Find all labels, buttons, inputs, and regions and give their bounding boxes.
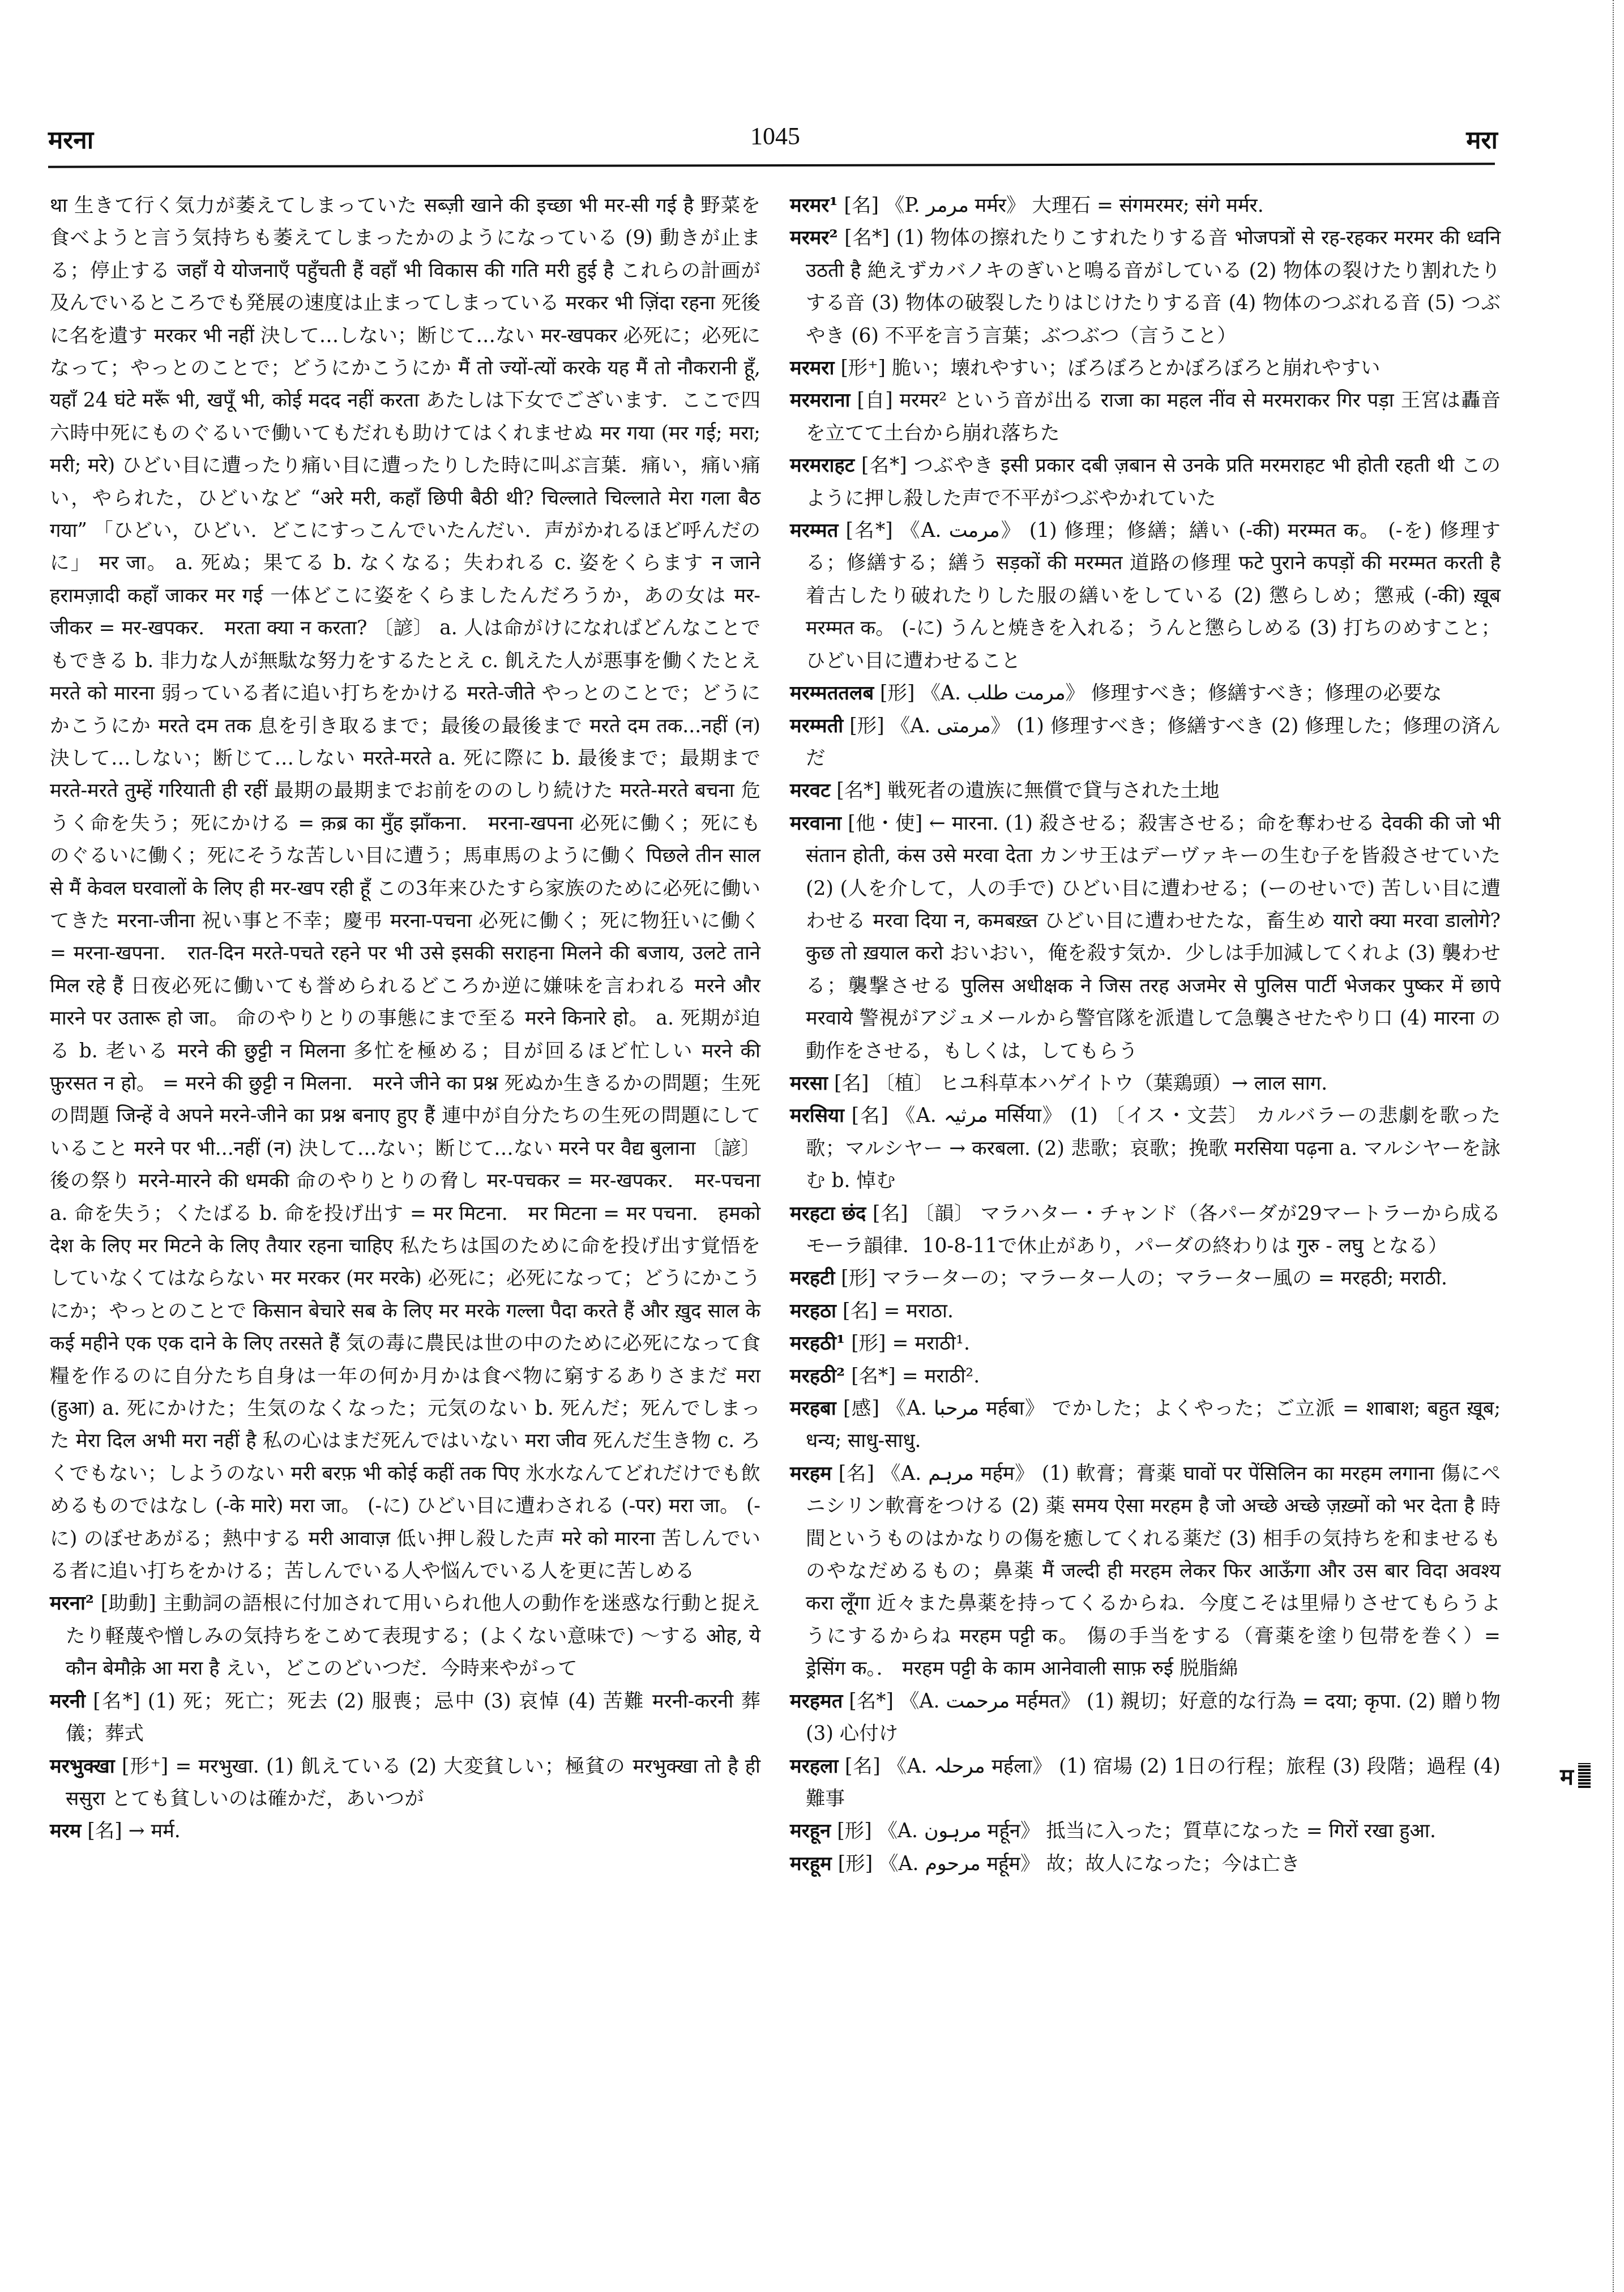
headword: मरम [50, 1820, 81, 1842]
entry-text: 主動詞の語根に付加されて用いられ他人の動作を迷惑な行動と捉えたり軽蔑や憎しみの気… [66, 1592, 760, 1680]
grammar-tag: [名*] [844, 227, 890, 249]
entry-text: ← मारना. (1) 殺させる；殺害させる；命を奪わせる देवकी की … [806, 812, 1501, 1062]
entry-text: 《A. مرمت》 (1) 修理；修繕；繕い (-की) मरम्मत क。 (… [806, 519, 1501, 672]
grammar-tag: [名] [852, 1104, 888, 1127]
dictionary-entry: मरमर¹ [名] 《P. مرمر मर्मर》 大理石 = संगमरमर;… [790, 190, 1501, 222]
grammar-tag: [名*] [93, 1690, 140, 1713]
dictionary-entry: मरहम [名] 《A. مرہم मर्हम》 (1) 軟膏；膏薬 घावों… [790, 1458, 1501, 1685]
headword: मरहला [790, 1755, 838, 1778]
grammar-tag: [形] [851, 1332, 886, 1355]
headword: मरहटा छंद [790, 1202, 866, 1225]
dictionary-entry: मरभुक्खा [形⁺] = मरभुखा. (1) 飢えている (2) 大変… [50, 1751, 760, 1816]
dictionary-entry: मरहटा छंद [名] 〔韻〕 マラハター・チャンド（各パーダが29マートラ… [790, 1198, 1501, 1263]
headword: मरमराना [790, 389, 851, 412]
dictionary-entry: मरम्मती [形] 《A. مرمتی》 (1) 修理すべき；修繕すべき (… [790, 710, 1501, 775]
dictionary-entry: मरमरा [形⁺] 脆い；壊れやすい；ぼろぼろとかぼろぼろと崩れやすい [790, 352, 1501, 385]
thumb-index-letter: म [1560, 1764, 1575, 1790]
dictionary-entry: मरहूम [形] 《A. مرحوم मर्हूम》 故；故人になった；今は亡… [790, 1848, 1501, 1880]
headword: मरहठा [790, 1300, 836, 1322]
headword: मरभुक्खा [50, 1755, 115, 1778]
entry-text: (1) 死；死亡；死去 (2) 服喪；忌中 (3) 哀悼 (4) 苦難 मरनी… [66, 1690, 760, 1745]
headword: मरहटी [790, 1267, 835, 1290]
entry-text: 〔韻〕 マラハター・チャンド（各パーダが29マートラーから成るモーラ韻律．10-… [806, 1202, 1501, 1257]
dictionary-entry: मरमराना [自] मरमर² という音が出る राजा का महल नी… [790, 385, 1501, 450]
dictionary-entry: मरम्मततलब [形] 《A. مرمت طلب》 修理すべき；修繕すべき；… [790, 677, 1501, 710]
grammar-tag: [名] [834, 1072, 869, 1095]
entry-text: 《A. مرحلہ मर्हला》 (1) 宿場 (2) 1日の行程；旅程 (3… [806, 1755, 1501, 1810]
entry-text: = मरभुखा. (1) 飢えている (2) 大変貧しい；極貧の मरभुक्… [66, 1755, 760, 1810]
dictionary-entry: मरमराहट [名*] つぶやき इसी प्रकार दबी ज़बान स… [790, 450, 1501, 515]
grammar-tag: [名*] [846, 519, 893, 542]
thumb-index-tab: म [1560, 1760, 1591, 1791]
headword: मरवट [790, 779, 830, 802]
grammar-tag: [名] [844, 194, 879, 217]
left-guide-word: मरना [48, 122, 93, 156]
grammar-tag: [名*] [849, 1690, 894, 1713]
header-rule [48, 163, 1495, 168]
dictionary-entry: मरवाना [他・使] ← मारना. (1) 殺させる；殺害させる；命を奪… [790, 808, 1501, 1068]
grammar-tag: [形⁺] [840, 357, 886, 379]
dictionary-entry: मरम्मत [名*] 《A. مرمت》 (1) 修理；修繕；繕い (-की)… [790, 515, 1501, 677]
headword: मरहठी¹ [790, 1332, 845, 1355]
page-edge-border [1613, 0, 1616, 2292]
grammar-tag: [名*] [836, 779, 881, 802]
dictionary-entry: मरम [名] → मर्म. [50, 1815, 760, 1847]
grammar-tag: [形] [841, 1267, 875, 1290]
headword: मरसिया [790, 1104, 844, 1127]
entry-text: 脆い；壊れやすい；ぼろぼろとかぼろぼろと崩れやすい [892, 357, 1381, 379]
headword: मरमराहट [790, 454, 854, 477]
entry-text: つぶやき इसी प्रकार दबी ज़बान से उनके प्रति … [806, 454, 1501, 509]
page-header: मरना 1045 मरा [48, 116, 1498, 161]
entry-text: = मराठी². [902, 1365, 980, 1388]
grammar-tag: [他・使] [848, 812, 922, 835]
dictionary-entry: मरवट [名*] 戦死者の遺族に無償で貸与された土地 [790, 775, 1501, 807]
entry-text: 《A. مرہون मर्हून》 抵当に入った；質草になった = गिरों … [878, 1820, 1436, 1842]
dictionary-entry: मरमर² [名*] (1) 物体の擦れたりこすれたりする音 भोजपत्रों… [790, 222, 1501, 352]
entry-text: 《A. مرثیہ मर्सिया》 (1) 〔イス・文芸〕 カルバラーの悲劇を… [806, 1104, 1501, 1192]
entry-text: 《P. مرمر मर्मर》 大理石 = संगमरमर; संगे मर्म… [885, 194, 1264, 217]
headword: मरवाना [790, 812, 841, 835]
grammar-tag: [感] [843, 1397, 879, 1420]
headword: मरम्मततलब [790, 682, 874, 705]
entry-text: (1) 物体の擦れたりこすれたりする音 भोजपत्रों से रह-रहकर… [806, 227, 1501, 347]
entry-text: = मराठा. [883, 1300, 954, 1322]
dictionary-entry: मरनी [名*] (1) 死；死亡；死去 (2) 服喪；忌中 (3) 哀悼 (… [50, 1685, 760, 1751]
headword: मरम्मत [790, 519, 838, 542]
headword: मरहठी² [790, 1365, 845, 1388]
entry-text: → मर्म. [129, 1820, 181, 1842]
headword: मरहमत [790, 1690, 843, 1713]
grammar-tag: [形] [849, 715, 884, 737]
dictionary-entry: मरना² [助動] 主動詞の語根に付加されて用いられ他人の動作を迷惑な行動と捉… [50, 1587, 760, 1685]
grammar-tag: [助動] [101, 1592, 156, 1615]
right-guide-word: मरा [1466, 122, 1498, 156]
entry-text: 〔植〕 ヒユ科草本ハゲイトウ（葉鶏頭）→ लाल साग. [875, 1072, 1327, 1095]
dictionary-entry: मरहठी¹ [形] = मराठी¹. [790, 1328, 1501, 1360]
grammar-tag: [名] [843, 1300, 877, 1322]
dictionary-entry: मरहबा [感] 《A. مرحبا मर्हबा》 でかした；よくやった；ご… [790, 1393, 1501, 1458]
entry-text: 戦死者の遺族に無償で貸与された土地 [887, 779, 1220, 802]
entry-continuation: था 生きて行く気力が萎えてしまっていた सब्ज़ी खाने की इच्छ… [50, 190, 760, 1587]
headword: मरमरा [790, 357, 834, 379]
left-column: था 生きて行く気力が萎えてしまっていた सब्ज़ी खाने की इच्छ… [50, 190, 760, 1848]
entry-text: 《A. مرحبا मर्हबा》 でかした；よくやった；ご立派 = शाबाश… [806, 1397, 1501, 1452]
headword: मरहूम [790, 1853, 832, 1875]
grammar-tag: [名] [87, 1820, 122, 1842]
dictionary-entry: मरहटी [形] マラーターの；マラーター人の；マラーター風の = मरहठी… [790, 1262, 1501, 1295]
dictionary-entry: मरहमत [名*] 《A. مرحمت मर्हमत》 (1) 親切；好意的な… [790, 1685, 1501, 1751]
entry-text: 《A. مرہم मर्हम》 (1) 軟膏；膏薬 घावों पर पेंसि… [806, 1462, 1501, 1680]
headword: मरहम [790, 1462, 832, 1485]
dictionary-entry: मरहठा [名] = मराठा. [790, 1295, 1501, 1328]
headword: मरना² [50, 1592, 94, 1615]
grammar-tag: [名*] [861, 454, 907, 477]
headword: मरम्मती [790, 715, 843, 737]
entry-text: मरमर² という音が出る राजा का महल नींव से मरमराक… [806, 389, 1501, 444]
entry-text: 《A. مرحمت मर्हमत》 (1) 親切；好意的な行為 = दया; क… [806, 1690, 1501, 1745]
entry-text: マラーターの；マラーター人の；マラーター風の = मरहठी; मराठी. [882, 1267, 1447, 1290]
dictionary-entry: मरहला [名] 《A. مرحلہ मर्हला》 (1) 宿場 (2) 1… [790, 1751, 1501, 1816]
headword: मरनी [50, 1690, 86, 1713]
page-number: 1045 [750, 122, 800, 151]
headword: मरहून [790, 1820, 831, 1842]
dictionary-entry: मरहठी² [名*] = मराठी². [790, 1360, 1501, 1393]
thumb-index-marker [1578, 1763, 1591, 1788]
grammar-tag: [形] [838, 1853, 873, 1875]
dictionary-entry: मरहून [形] 《A. مرہون मर्हून》 抵当に入った；質草になっ… [790, 1815, 1501, 1847]
entry-text: 《A. مرحوم मर्हूम》 故；故人になった；今は亡き [879, 1853, 1300, 1875]
dictionary-entry: मरसिया [名] 《A. مرثیہ मर्सिया》 (1) 〔イス・文芸… [790, 1100, 1501, 1197]
entry-text: = मराठी¹. [892, 1332, 970, 1355]
headword: मरसा [790, 1072, 828, 1095]
grammar-tag: [形] [880, 682, 914, 705]
grammar-tag: [形⁺] [122, 1755, 168, 1778]
grammar-tag: [形] [837, 1820, 871, 1842]
right-column: मरमर¹ [名] 《P. مرمر मर्मर》 大理石 = संगमरमर;… [790, 190, 1501, 1880]
headword: मरहबा [790, 1397, 836, 1420]
dictionary-entry: मरसा [名] 〔植〕 ヒユ科草本ハゲイトウ（葉鶏頭）→ लाल साग. [790, 1068, 1501, 1100]
grammar-tag: [名] [845, 1755, 881, 1778]
entry-text: 《A. مرمتی》 (1) 修理すべき；修繕すべき (2) 修理した；修理の済… [806, 715, 1501, 770]
grammar-tag: [名*] [851, 1365, 896, 1388]
headword: मरमर² [790, 227, 838, 249]
headword: मरमर¹ [790, 194, 838, 217]
grammar-tag: [自] [857, 389, 892, 412]
grammar-tag: [名] [839, 1462, 874, 1485]
entry-text: 《A. مرمت طلب》 修理すべき；修繕すべき；修理の必要な [921, 682, 1442, 705]
entry-text: था 生きて行く気力が萎えてしまっていた सब्ज़ी खाने की इच्छ… [50, 194, 760, 1582]
grammar-tag: [名] [873, 1202, 908, 1225]
